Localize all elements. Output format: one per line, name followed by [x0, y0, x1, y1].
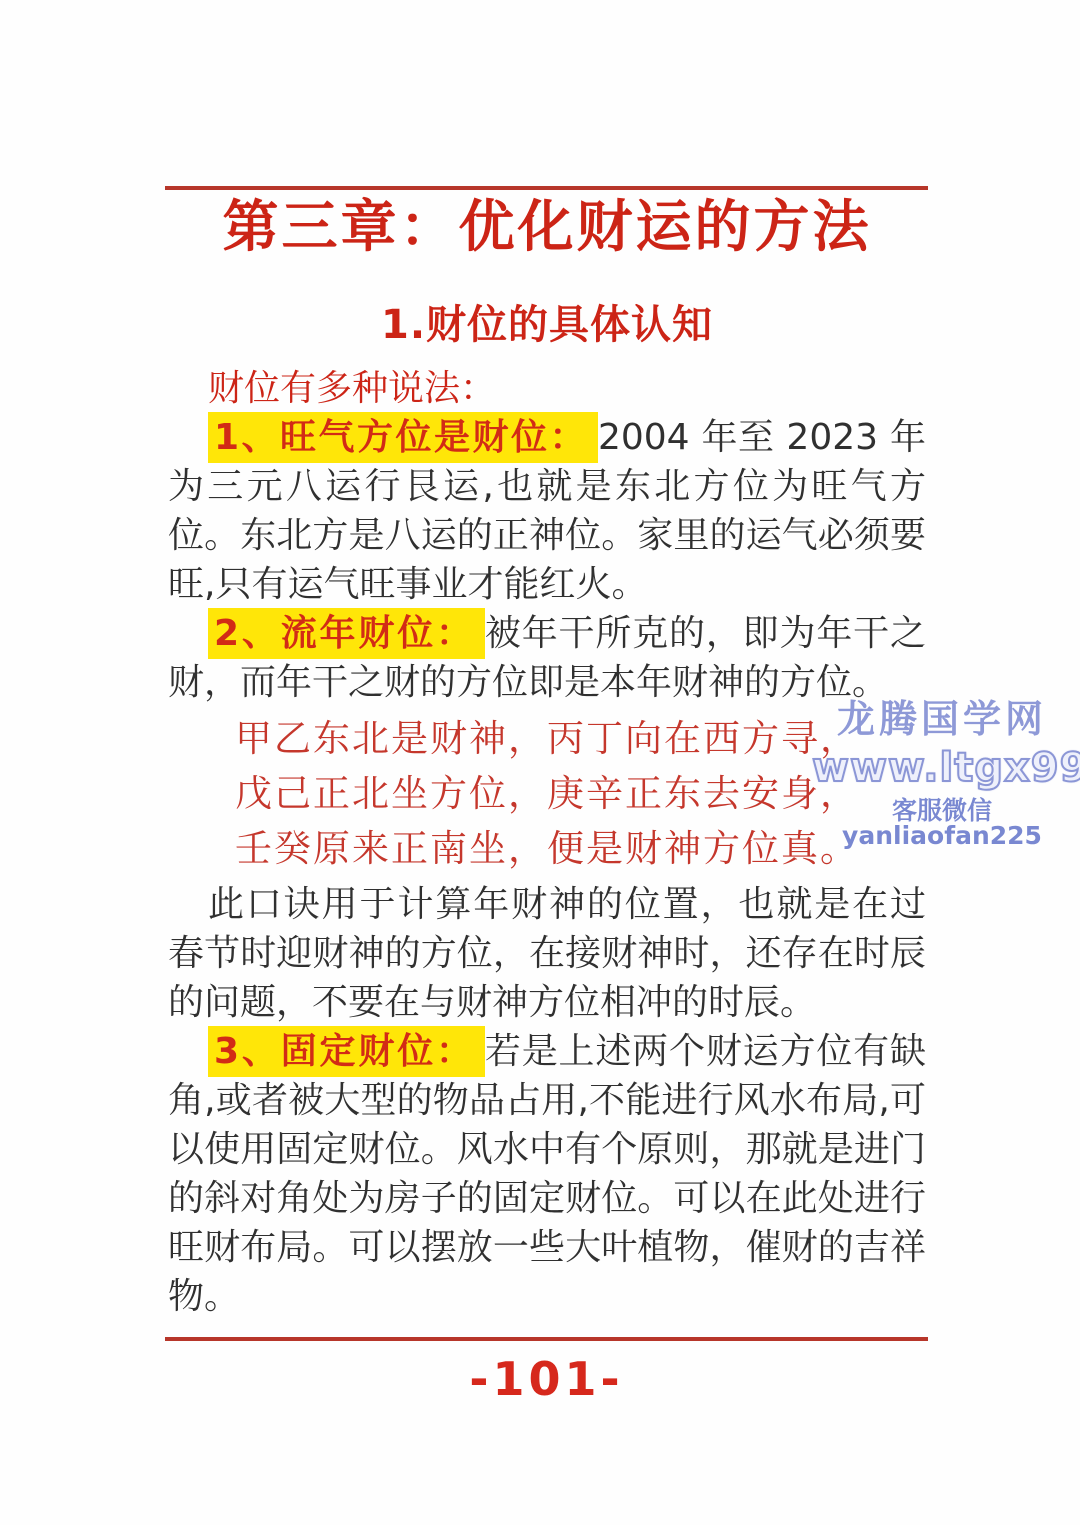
body-text: 财位有多种说法： 1、旺气方位是财位：2004 年至 2023 年为三元八运行艮… — [168, 364, 926, 1321]
paragraph-wangqi: 1、旺气方位是财位：2004 年至 2023 年为三元八运行艮运,也就是东北方位… — [168, 413, 926, 609]
chapter-title: 第三章：优化财运的方法 — [168, 196, 926, 260]
intro-line: 财位有多种说法： — [168, 364, 926, 413]
poem-line: 甲乙东北是财神，丙丁向在西方寻， — [168, 711, 926, 766]
book-page: 第三章：优化财运的方法 1.财位的具体认知 财位有多种说法： 1、旺气方位是财位… — [0, 0, 1080, 1525]
page-number: -101- — [165, 1352, 928, 1406]
highlight-label-3: 3、固定财位： — [208, 1026, 485, 1077]
highlight-label-1: 1、旺气方位是财位： — [208, 412, 598, 463]
bottom-divider — [165, 1337, 928, 1341]
poem-line: 戊己正北坐方位，庚辛正东去安身， — [168, 766, 926, 821]
mantra-poem: 甲乙东北是财神，丙丁向在西方寻， 戊己正北坐方位，庚辛正东去安身， 壬癸原来正南… — [168, 711, 926, 876]
poem-line: 壬癸原来正南坐，便是财神方位真。 — [168, 821, 926, 876]
paragraph-after-poem: 此口诀用于计算年财神的位置，也就是在过春节时迎财神的方位，在接财神时，还存在时辰… — [168, 880, 926, 1027]
highlight-label-2: 2、流年财位： — [208, 608, 485, 659]
page-content: 第三章：优化财运的方法 1.财位的具体认知 财位有多种说法： 1、旺气方位是财位… — [168, 190, 926, 1321]
section-title: 1.财位的具体认知 — [168, 302, 926, 348]
paragraph-guding: 3、固定财位：若是上述两个财运方位有缺角,或者被大型的物品占用,不能进行风水布局… — [168, 1027, 926, 1321]
paragraph-liunian: 2、流年财位：被年干所克的，即为年干之财，而年干之财的方位即是本年财神的方位。 — [168, 609, 926, 707]
